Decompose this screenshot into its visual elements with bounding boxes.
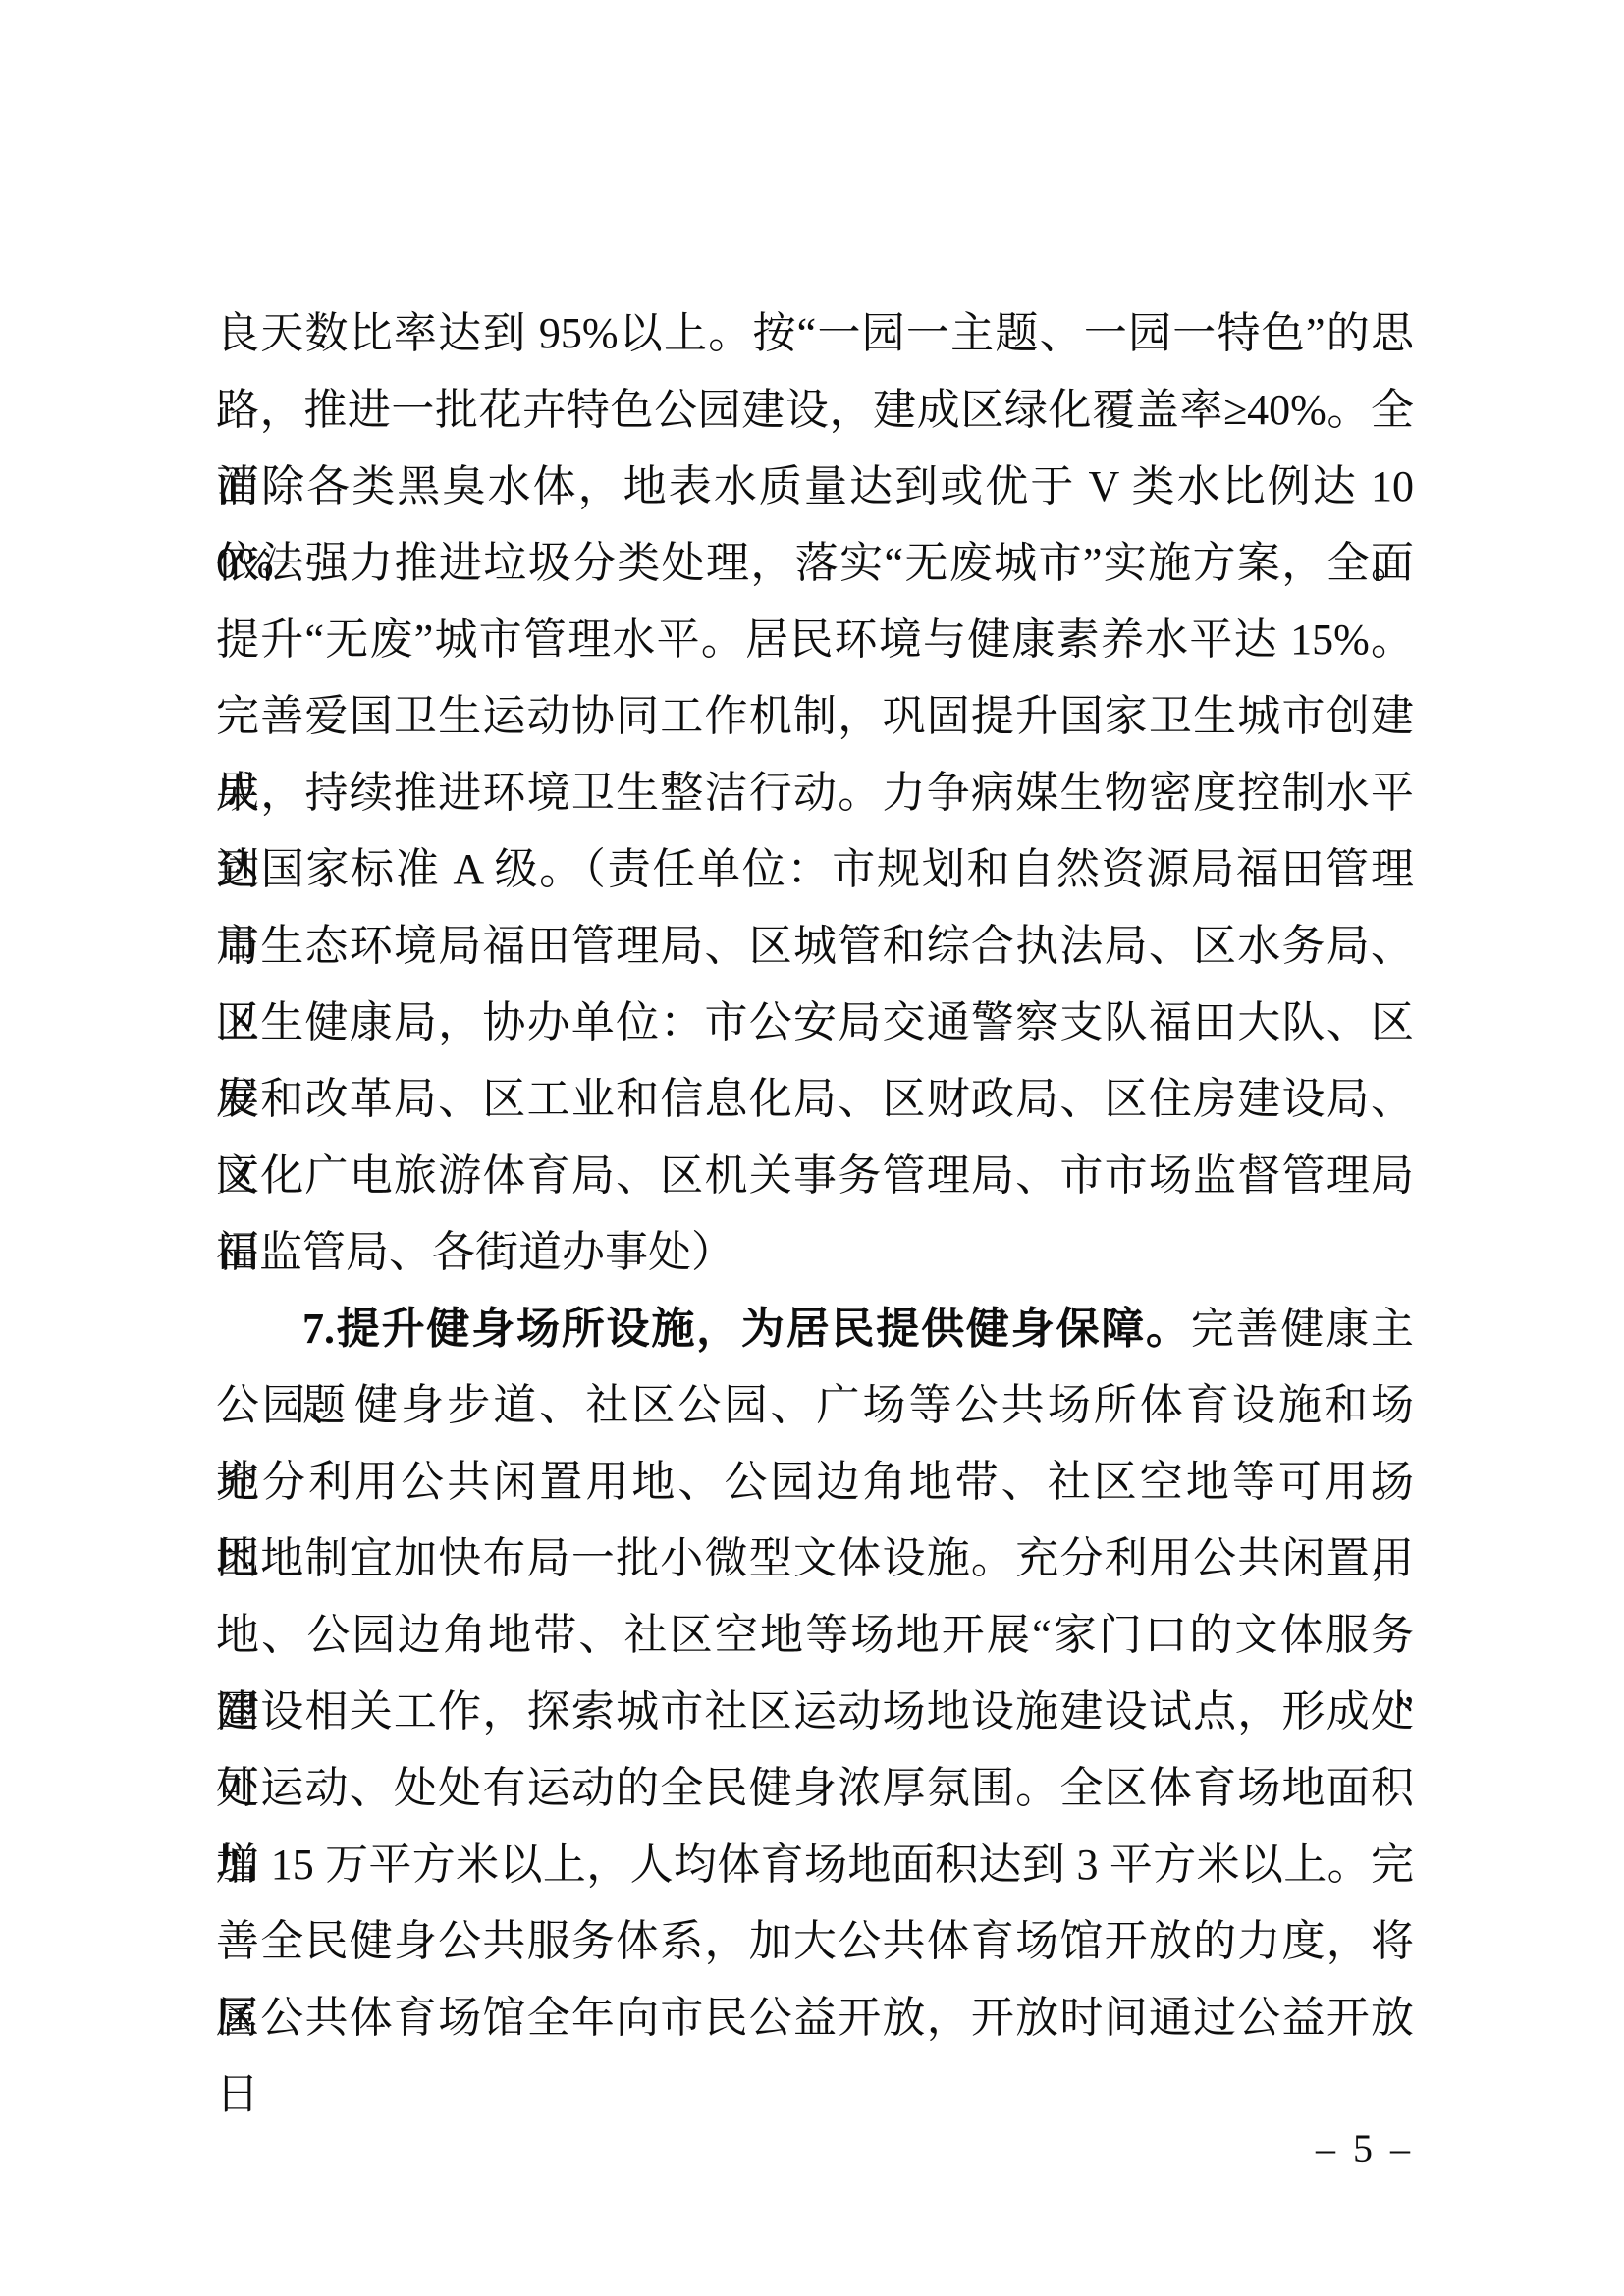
text-line: 加 15 万平方米以上，人均体育场地面积达到 3 平方米以上。完 — [216, 1827, 1414, 1903]
page-number: – 5 – — [1316, 2126, 1414, 2171]
text-line: 属公共体育场馆全年向市民公益开放，开放时间通过公益开放日 — [216, 1980, 1414, 2056]
text-line: 提升“无废”城市管理水平。居民环境与健康素养水平达 15%。 — [216, 602, 1414, 678]
text-line: 展和改革局、区工业和信息化局、区财政局、区住房建设局、区 — [216, 1061, 1414, 1138]
text-line: 文化广电旅游体育局、区机关事务管理局、市市场监督管理局福 — [216, 1138, 1414, 1214]
text-line: 善全民健身公共服务体系，加大公共体育场馆开放的力度，将区 — [216, 1903, 1414, 1980]
text-line: 可运动、处处有运动的全民健身浓厚氛围。全区体育场地面积增 — [216, 1750, 1414, 1827]
text-line: 建设相关工作，探索城市社区运动场地设施建设试点，形成处处 — [216, 1674, 1414, 1750]
text-line: 充分利用公共闲置用地、公园边角地带、社区空地等可用场地， — [216, 1444, 1414, 1521]
document-page: 良天数比率达到 95%以上。按“一园一主题、一园一特色”的思 路，推进一批花卉特… — [0, 0, 1624, 2296]
text-line: 到国家标准 A 级。（责任单位：市规划和自然资源局福田管理局、 — [216, 831, 1414, 908]
text-line: 田监管局、各街道办事处） — [216, 1214, 1414, 1291]
text-line: 市生态环境局福田管理局、区城管和综合执法局、区水务局、区 — [216, 908, 1414, 985]
text-line: 公园、健身步道、社区公园、广场等公共场所体育设施和场地。 — [216, 1367, 1414, 1444]
text-line: 良天数比率达到 95%以上。按“一园一主题、一园一特色”的思 — [216, 295, 1414, 372]
text-line: 消除各类黑臭水体，地表水质量达到或优于 V 类水比例达 100%。 — [216, 449, 1414, 525]
text-line: 果，持续推进环境卫生整洁行动。力争病媒生物密度控制水平达 — [216, 755, 1414, 831]
text-line: 依法强力推进垃圾分类处理，落实“无废城市”实施方案，全面 — [216, 525, 1414, 602]
paragraph-7-heading: 7.提升健身场所设施，为居民提供健身保障。 — [302, 1305, 1191, 1353]
text-line: 路，推进一批花卉特色公园建设，建成区绿化覆盖率≥40%。全面 — [216, 372, 1414, 449]
text-line: 卫生健康局，协办单位：市公安局交通警察支队福田大队、区发 — [216, 985, 1414, 1061]
text-line: 地、公园边角地带、社区空地等场地开展“家门口的文体服务圈” — [216, 1597, 1414, 1674]
paragraph-7-heading-line: 7.提升健身场所设施，为居民提供健身保障。完善健康主题 — [216, 1291, 1414, 1367]
text-block: 良天数比率达到 95%以上。按“一园一主题、一园一特色”的思 路，推进一批花卉特… — [216, 295, 1414, 2056]
text-line: 因地制宜加快布局一批小微型文体设施。充分利用公共闲置用 — [216, 1521, 1414, 1597]
text-line: 完善爱国卫生运动协同工作机制，巩固提升国家卫生城市创建成 — [216, 678, 1414, 755]
